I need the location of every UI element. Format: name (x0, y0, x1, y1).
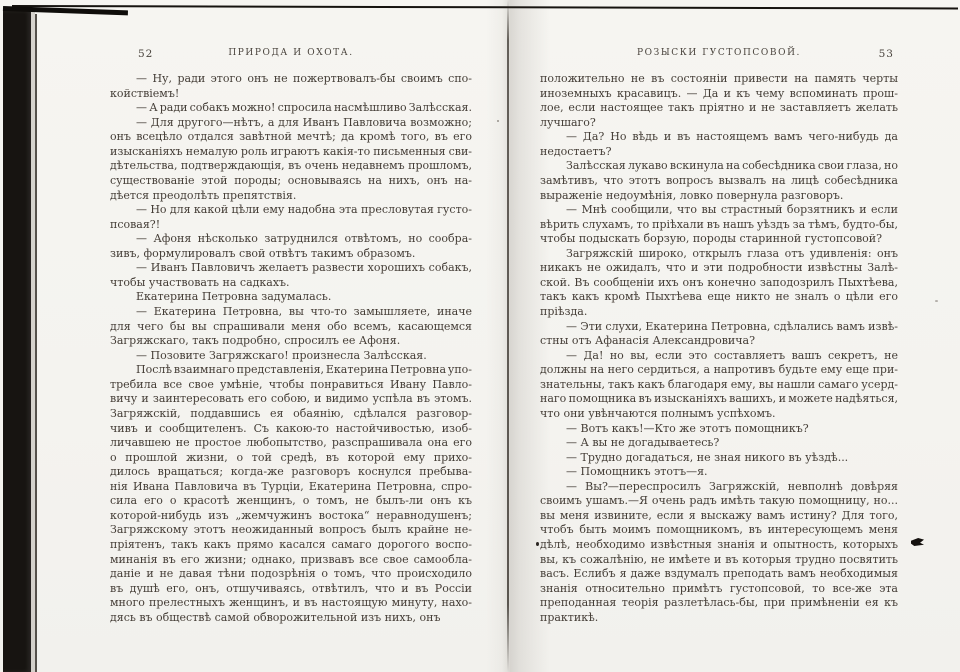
text-line: наго помощника въ изысканіяхъ вашихъ, и … (540, 392, 898, 407)
text-line: пріятенъ, такъ какъ прямо касался самаго… (110, 538, 472, 553)
text-line: вы, къ сожалѣнію, не имѣете и въ которыя… (540, 553, 898, 568)
text-line: — Да? Но вѣдь и въ настоящемъ вамъ чего-… (540, 130, 898, 145)
text-line: онъ всецѣло отдался завѣтной мечтѣ; да к… (110, 130, 472, 145)
text-line: — А ради собакъ можно! спросила насмѣшли… (110, 101, 472, 116)
text-line: ской. Въ сообщеніи ихъ онъ конечно запод… (540, 276, 898, 291)
text-line: — Екатерина Петровна, вы что-то замышляе… (110, 305, 472, 320)
text-line: замѣтивъ, что этотъ вопросъ вызвалъ на л… (540, 174, 898, 189)
text-line: никакъ не ожидалъ, что и эти подробности… (540, 261, 898, 276)
text-line: стны отъ Афанасія Александровича? (540, 334, 898, 349)
text-line: знанія относительно примѣтъ густопсовой,… (540, 582, 898, 597)
page-number-right: 53 (879, 48, 894, 60)
text-line: — Иванъ Павловичъ желаетъ развести хорош… (110, 261, 472, 276)
text-line: — А вы не догадываетесь? (540, 436, 898, 451)
text-line: Екатерина Петровна задумалась. (110, 290, 472, 305)
text-line: дѣется преодолѣть препятствія. (110, 189, 472, 204)
text-line: — Эти слухи, Екатерина Петровна, сдѣлали… (540, 320, 898, 335)
left-page-text: — Ну, ради этого онъ не пожертвовалъ-бы … (110, 72, 472, 625)
running-title-left: ПРИРОДА И ОХОТА. (110, 48, 472, 58)
text-line: требила все свое умѣніе, чтобы понравить… (110, 378, 472, 393)
text-line: даніе и не давая тѣни подозрѣнія о томъ,… (110, 567, 472, 582)
page-gutter-line (507, 0, 509, 672)
text-line: чивъ и сообщителенъ. Съ какою-то настойч… (110, 422, 472, 437)
text-line: дясь въ обществѣ самой обворожительной и… (110, 611, 472, 626)
scan-artifact-blob (911, 538, 924, 546)
text-line: дѣтельства, подтверждающія, въ очень нед… (110, 159, 472, 174)
text-line: въ душѣ его, онъ, отшучиваясь, отвѣтилъ,… (110, 582, 472, 597)
text-line: должны на него сердиться, а напротивъ бу… (540, 363, 898, 378)
text-line: практикѣ. (540, 611, 898, 626)
text-line: — Мнѣ сообщили, что вы страстный борзятн… (540, 203, 898, 218)
text-line: что они увѣнчаются полнымъ успѣхомъ. (540, 407, 898, 422)
text-line: лое, если настоящее такъ пріятно и не за… (540, 101, 898, 116)
text-line: койствіемъ! (110, 87, 472, 102)
right-page-header: РОЗЫСКИ ГУСТОПСОВОЙ. 53 (540, 48, 898, 64)
text-line: недостаетъ? (540, 145, 898, 160)
text-line: изысканіяхъ немалую роль играютъ какія-т… (110, 145, 472, 160)
text-line: минанія въ его жизни; однако, призвавъ в… (110, 553, 472, 568)
book-spine-shadow (3, 11, 31, 672)
text-line: которой-нибудь изъ „жемчужинъ востока“ н… (110, 509, 472, 524)
text-line: иноземныхъ красавицъ. — Да и къ чему всп… (540, 87, 898, 102)
text-line: Послѣ взаимнаго представленія, Екатерина… (110, 363, 472, 378)
text-line: Загряжскій широко, открылъ глаза отъ уди… (540, 247, 898, 262)
text-line: знательны, такъ какъ благодаря ему, вы н… (540, 378, 898, 393)
text-line: васъ. Еслибъ я даже вздумалъ преподать в… (540, 567, 898, 582)
text-line: псовая?! (110, 218, 472, 233)
text-line: дилось вращаться; когда-же разговоръ кос… (110, 465, 472, 480)
text-line: о прошлой жизни, о той средѣ, въ которой… (110, 451, 472, 466)
text-line: вичу и заинтересовать его собою, и видим… (110, 392, 472, 407)
text-line: много прелестныхъ женщинъ, и въ настоящу… (110, 596, 472, 611)
text-line: — Вы?—переспросилъ Загряжскій, невполнѣ … (540, 480, 898, 495)
text-line: пріѣзда. (540, 305, 898, 320)
right-page-text: положительно не въ состояніи привести на… (540, 72, 898, 625)
text-line: такъ какъ кромѣ Пыхтѣева еще никто не зн… (540, 290, 898, 305)
scan-artifact-dot (536, 542, 539, 546)
text-line: — Позовите Загряжскаго! произнесла Залѣс… (110, 349, 472, 364)
text-line: дѣлѣ, необходимо извѣстныя знанія и опыт… (540, 538, 898, 553)
text-line: положительно не въ состояніи привести на… (540, 72, 898, 87)
text-line: существованіе этой породы; основываясь н… (110, 174, 472, 189)
page-edge-line (35, 14, 37, 672)
text-line: личавшею не простое любопытство, разспра… (110, 436, 472, 451)
left-page-header: 52 ПРИРОДА И ОХОТА. (110, 48, 472, 64)
text-line: сила его о красотѣ женщинъ, о томъ, не б… (110, 494, 472, 509)
text-line: — Помощникъ этотъ—я. (540, 465, 898, 480)
text-line: чтобы участвовать на садкахъ. (110, 276, 472, 291)
text-line: Загряжскій, поддавшись ея обаянію, сдѣла… (110, 407, 472, 422)
right-page: РОЗЫСКИ ГУСТОПСОВОЙ. 53 положительно не … (540, 0, 898, 672)
book-scan: 52 ПРИРОДА И ОХОТА. — Ну, ради этого онъ… (0, 0, 960, 672)
text-line: — Ну, ради этого онъ не пожертвовалъ-бы … (110, 72, 472, 87)
running-title-right: РОЗЫСКИ ГУСТОПСОВОЙ. (540, 48, 898, 58)
text-line: для чего бы вы спрашивали меня обо всемъ… (110, 320, 472, 335)
scan-artifact-speck (935, 300, 938, 302)
text-line: Загряжскаго, такъ подробно, спросилъ ее … (110, 334, 472, 349)
text-line: — Вотъ какъ!—Кто же этотъ помощникъ? (540, 422, 898, 437)
text-line: — Трудно догадаться, не зная никого въ у… (540, 451, 898, 466)
text-line: чтобъ быть моимъ помощникомъ, въ интерес… (540, 523, 898, 538)
text-line: — Да! но вы, если это составляетъ вашъ с… (540, 349, 898, 364)
text-line: — Для другого—нѣтъ, а для Иванъ Павлович… (110, 116, 472, 131)
text-line: Залѣсская лукаво вскинула на собесѣдника… (540, 159, 898, 174)
text-line: чтобы подыскать борзую, породы старинной… (540, 232, 898, 247)
text-line: нія Ивана Павловича въ Турціи, Екатерина… (110, 480, 472, 495)
text-line: вы меня извините, если я выскажу вамъ ис… (540, 509, 898, 524)
text-line: вѣрить слухамъ, то пріѣхали въ нашъ уѣзд… (540, 218, 898, 233)
text-line: — Но для какой цѣли ему надобна эта прес… (110, 203, 472, 218)
text-line: зивъ, формулировалъ свой отвѣтъ такимъ о… (110, 247, 472, 262)
text-line: своимъ ушамъ.—Я очень радъ имѣть такую п… (540, 494, 898, 509)
text-line: лучшаго? (540, 116, 898, 131)
text-line: — Афоня нѣсколько затруднился отвѣтомъ, … (110, 232, 472, 247)
text-line: преподанная теорія разлетѣлась-бы, при п… (540, 596, 898, 611)
scan-artifact-speck (497, 120, 499, 122)
text-line: Загряжскому этотъ неожиданный вопросъ бы… (110, 523, 472, 538)
text-line: выраженіе недоумѣнія, ловко повернула ра… (540, 189, 898, 204)
left-page: 52 ПРИРОДА И ОХОТА. — Ну, ради этого онъ… (110, 0, 472, 672)
